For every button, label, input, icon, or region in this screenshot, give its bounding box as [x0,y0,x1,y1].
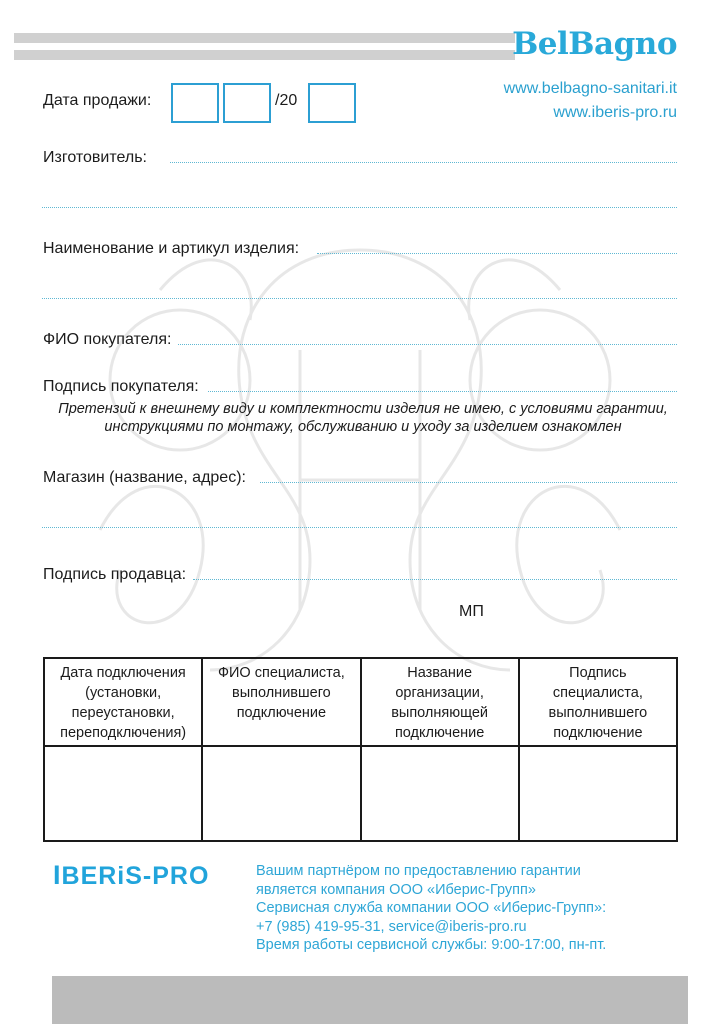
contact-phone-email[interactable]: +7 (985) 419-95-31, service@iberis-pro.r… [256,918,606,937]
buyer-name-label: ФИО покупателя: [43,331,171,349]
shop-field-line2[interactable] [42,527,677,528]
product-field[interactable] [317,253,677,254]
seller-signature-label: Подпись продавца: [43,566,186,584]
shop-label: Магазин (название, адрес): [43,469,246,487]
iberis-logo-initial: I [53,860,62,890]
sale-date-year-prefix: /20 [275,92,297,110]
contact-line: Сервисная служба компании ООО «Иберис-Гр… [256,899,606,918]
seller-signature-field[interactable] [193,579,677,580]
stamp-label: МП [459,603,484,621]
contact-line: является компания ООО «Иберис-Групп» [256,881,606,900]
iberis-logo-rest: BERiS-PRO [62,862,210,890]
contact-hours: Время работы сервисной службы: 9:00-17:0… [256,936,606,955]
cell-organization[interactable] [361,746,519,841]
manufacturer-label: Изготовитель: [43,149,147,167]
connection-table: Дата подключения (установки, переустанов… [43,657,678,842]
buyer-name-field[interactable] [178,344,677,345]
url-belbagno[interactable]: www.belbagno-sanitari.it [504,80,677,98]
table-header-row: Дата подключения (установки, переустанов… [44,658,677,746]
shop-field[interactable] [260,482,677,483]
sale-date-year-box[interactable] [308,83,356,123]
header-stripe-bottom [14,50,515,60]
product-field-line2[interactable] [42,298,677,299]
buyer-acknowledgement-line2: инструкциями по монтажу, обслуживанию и … [30,418,696,436]
footer-gray-block [52,976,688,1024]
sale-date-label: Дата продажи: [43,92,151,110]
url-iberis[interactable]: www.iberis-pro.ru [553,104,677,122]
column-header-connection-date: Дата подключения (установки, переустанов… [44,658,202,746]
buyer-signature-label: Подпись покупателя: [43,378,199,396]
buyer-acknowledgement-line1: Претензий к внешнему виду и комплектност… [30,400,696,418]
manufacturer-field-line2[interactable] [42,207,677,208]
belbagno-logo: BelBagno [512,26,677,62]
table-row [44,746,677,841]
buyer-signature-field[interactable] [208,391,677,392]
service-contact-block: Вашим партнёром по предоставлению гарант… [256,862,606,955]
cell-connection-date[interactable] [44,746,202,841]
cell-specialist-signature[interactable] [519,746,677,841]
column-header-organization: Название организации, выполняющей подклю… [361,658,519,746]
column-header-specialist-name: ФИО специалиста, выполнившего подключени… [202,658,360,746]
sale-date-month-box[interactable] [223,83,271,123]
product-label: Наименование и артикул изделия: [43,240,299,258]
ornament-watermark-icon [60,230,660,700]
column-header-specialist-signature: Подпись специалиста, выполнившего подклю… [519,658,677,746]
iberis-pro-logo: IBERiS-PRO [53,860,209,891]
contact-line: Вашим партнёром по предоставлению гарант… [256,862,606,881]
cell-specialist-name[interactable] [202,746,360,841]
header-stripe-top [14,33,515,43]
sale-date-day-box[interactable] [171,83,219,123]
manufacturer-field[interactable] [170,162,677,163]
